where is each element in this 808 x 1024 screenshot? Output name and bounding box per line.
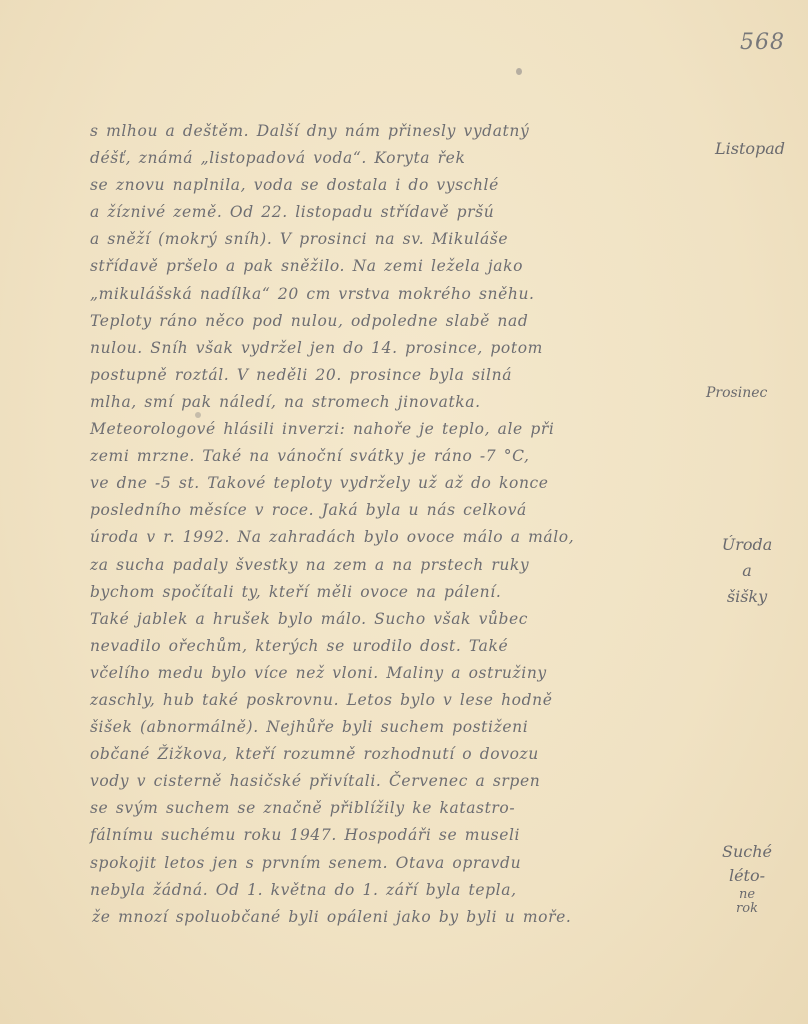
text-line: úroda v r. 1992. Na zahradách bylo ovoce… [90, 524, 710, 551]
text-line: se svým suchem se značně přiblížily ke k… [90, 795, 710, 822]
text-line: šišek (abnormálně). Nejhůře byli suchem … [90, 714, 710, 741]
text-line: bychom spočítali ty, kteří měli ovoce na… [90, 579, 710, 606]
text-line: Meteorologové hlásili inverzi: nahoře je… [90, 416, 710, 443]
margin-note-suche-leto: Suché léto- ne rok [712, 840, 782, 916]
margin-note-line: a [712, 558, 782, 584]
text-line: ve dne -5 st. Takové teploty vydržely už… [90, 470, 710, 497]
text-line: zaschly, hub také poskrovnu. Letos bylo … [90, 687, 710, 714]
text-line: nulou. Sníh však vydržel jen do 14. pros… [90, 335, 710, 362]
text-line: Také jablek a hrušek bylo málo. Sucho vš… [90, 606, 710, 633]
handwritten-body: s mlhou a deštěm. Další dny nám přinesly… [90, 118, 710, 931]
text-line: fálnímu suchému roku 1947. Hospodáři se … [90, 822, 710, 849]
text-line: „mikulášská nadílka“ 20 cm vrstva mokréh… [90, 281, 710, 308]
text-line: Teploty ráno něco pod nulou, odpoledne s… [90, 308, 710, 335]
margin-note-line: šišky [712, 584, 782, 610]
manuscript-page: 568 s mlhou a deštěm. Další dny nám přin… [0, 0, 808, 1024]
margin-note-listopad: Listopad [715, 136, 785, 162]
text-line: se znovu naplnila, voda se dostala i do … [90, 172, 710, 199]
text-line: a sněží (mokrý sníh). V prosinci na sv. … [90, 226, 710, 253]
text-line: vody v cisterně hasičské přivítali. Červ… [90, 768, 710, 795]
text-line: za sucha padaly švestky na zem a na prst… [90, 552, 710, 579]
text-line: a žíznivé země. Od 22. listopadu střídav… [90, 199, 710, 226]
text-line: spokojit letos jen s prvním senem. Otava… [90, 850, 710, 877]
text-line: střídavě pršelo a pak sněžilo. Na zemi l… [90, 253, 710, 280]
margin-note-line: rok [712, 902, 782, 916]
margin-note-line: ne [712, 888, 782, 902]
text-line: déšť, známá „listopadová voda“. Koryta ř… [90, 145, 710, 172]
text-line: včelího medu bylo více než vloni. Maliny… [90, 660, 710, 687]
margin-note-line: léto- [712, 864, 782, 888]
text-line: občané Žižkova, kteří rozumně rozhodnutí… [90, 741, 710, 768]
text-line: zemi mrzne. Také na vánoční svátky je rá… [90, 443, 710, 470]
margin-note-line: Suché [712, 840, 782, 864]
text-line: mlha, smí pak náledí, na stromech jinova… [90, 389, 710, 416]
text-line: s mlhou a deštěm. Další dny nám přinesly… [90, 118, 710, 145]
text-line: postupně roztál. V neděli 20. prosince b… [90, 362, 710, 389]
text-line: že mnozí spoluobčané byli opáleni jako b… [90, 904, 710, 931]
page-number: 568 [740, 30, 785, 55]
margin-note-uroda-a-sisky: Úroda a šišky [712, 532, 782, 610]
margin-note-line: Úroda [712, 532, 782, 558]
text-line: posledního měsíce v roce. Jaká byla u ná… [90, 497, 710, 524]
text-line: nevadilo ořechům, kterých se urodilo dos… [90, 633, 710, 660]
paper-speck [516, 68, 522, 75]
margin-note-prosinec: Prosinec [706, 380, 767, 406]
text-line: nebyla žádná. Od 1. května do 1. září by… [90, 877, 710, 904]
